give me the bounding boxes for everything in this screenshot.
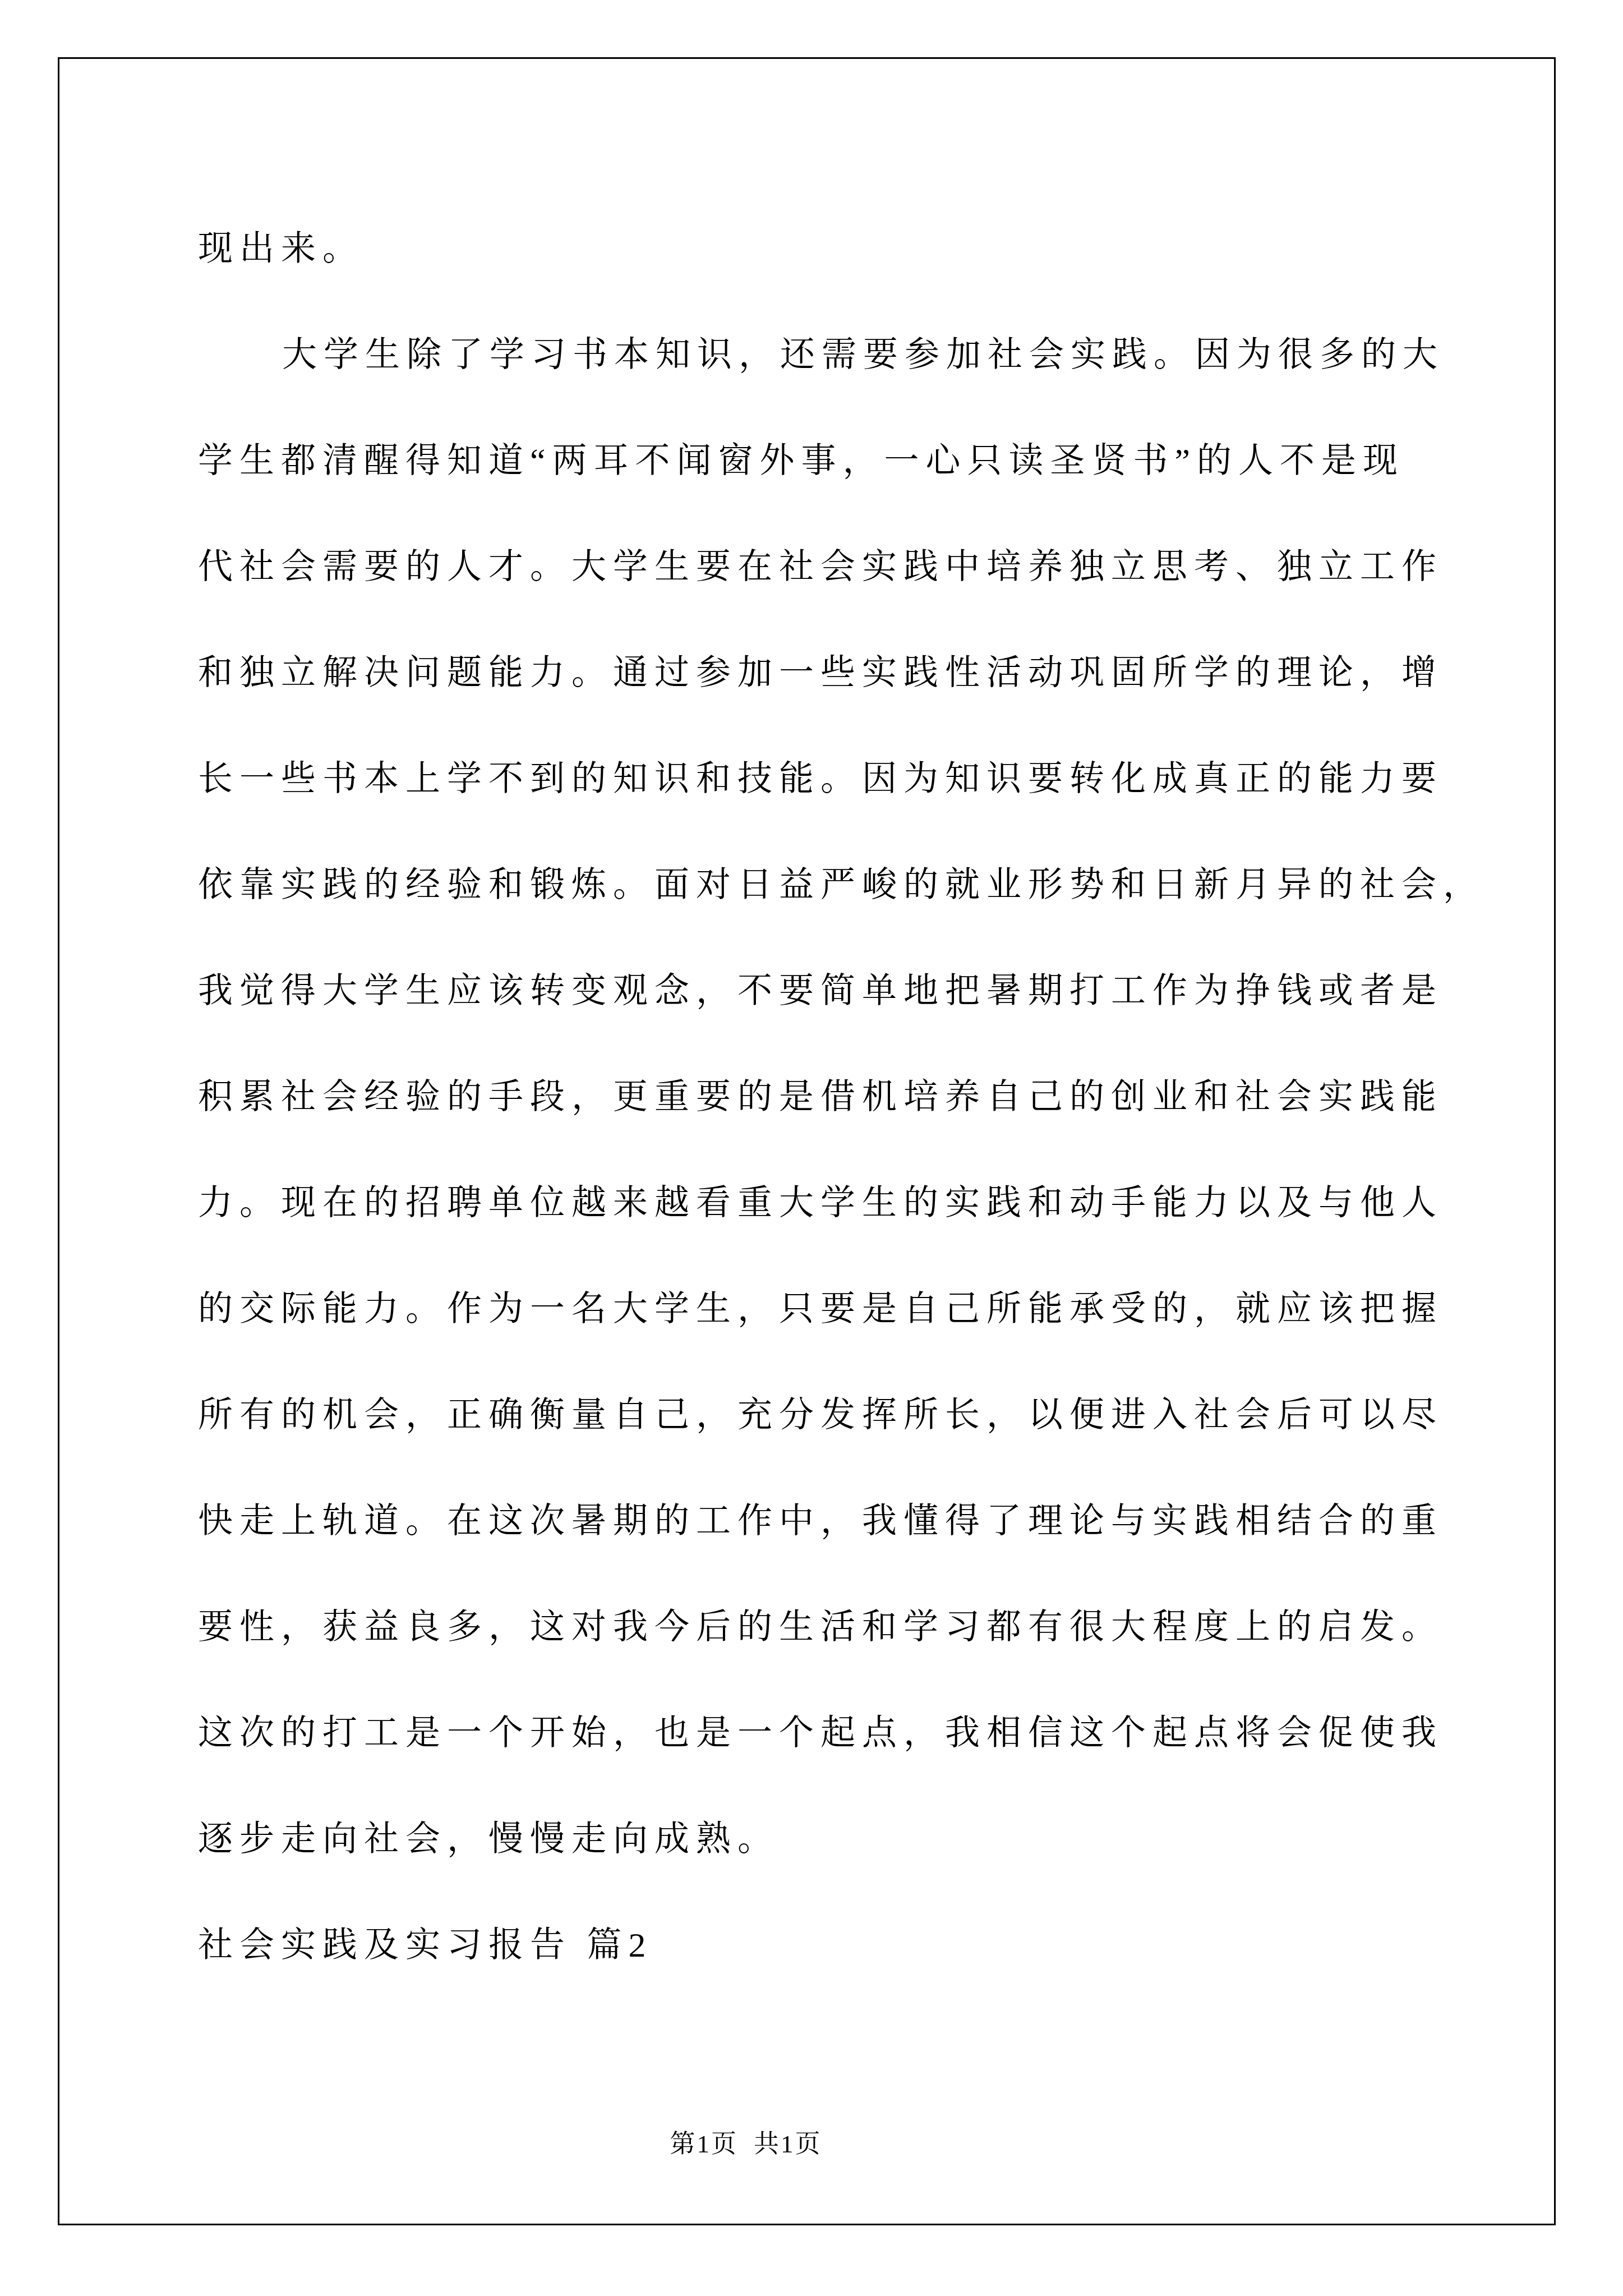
text-line: 的交际能力。作为一名大学生，只要是自己所能承受的，就应该把握 [198, 1257, 1437, 1363]
text-line: 现出来。 [198, 196, 1437, 302]
page-number-label: 第1页 [670, 2130, 738, 2158]
text-line: 学生都清醒得知道“两耳不闻窗外事，一心只读圣贤书”的人不是现 [198, 408, 1437, 514]
document-body: 现出来。 大学生除了学习书本知识，还需要参加社会实践。因为很多的大 学生都清醒得… [198, 196, 1437, 1999]
text-line: 所有的机会，正确衡量自己，充分发挥所长，以便进入社会后可以尽 [198, 1363, 1437, 1469]
page-total-label: 共1页 [754, 2130, 822, 2158]
text-line: 这次的打工是一个开始，也是一个起点，我相信这个起点将会促使我 [198, 1681, 1437, 1787]
text-line: 大学生除了学习书本知识，还需要参加社会实践。因为很多的大 [198, 302, 1437, 408]
text-line: 力。现在的招聘单位越来越看重大学生的实践和动手能力以及与他人 [198, 1151, 1437, 1257]
text-line: 我觉得大学生应该转变观念，不要简单地把暑期打工作为挣钱或者是 [198, 938, 1437, 1045]
section-heading: 社会实践及实习报告 篇2 [198, 1893, 1437, 1999]
page-footer: 第1页共1页 [634, 2127, 858, 2161]
text-line: 快走上轨道。在这次暑期的工作中，我懂得了理论与实践相结合的重 [198, 1469, 1437, 1575]
text-line: 和独立解决问题能力。通过参加一些实践性活动巩固所学的理论，增 [198, 620, 1437, 726]
text-line: 长一些书本上学不到的知识和技能。因为知识要转化成真正的能力要 [198, 726, 1437, 832]
text-line: 逐步走向社会，慢慢走向成熟。 [198, 1787, 1437, 1893]
document-page: 现出来。 大学生除了学习书本知识，还需要参加社会实践。因为很多的大 学生都清醒得… [0, 0, 1623, 2296]
text-line: 代社会需要的人才。大学生要在社会实践中培养独立思考、独立工作 [198, 514, 1437, 620]
text-line: 依靠实践的经验和锻炼。面对日益严峻的就业形势和日新月异的社会， [198, 832, 1437, 938]
text-line: 要性，获益良多，这对我今后的生活和学习都有很大程度上的启发。 [198, 1575, 1437, 1681]
text-line: 积累社会经验的手段，更重要的是借机培养自己的创业和社会实践能 [198, 1045, 1437, 1151]
